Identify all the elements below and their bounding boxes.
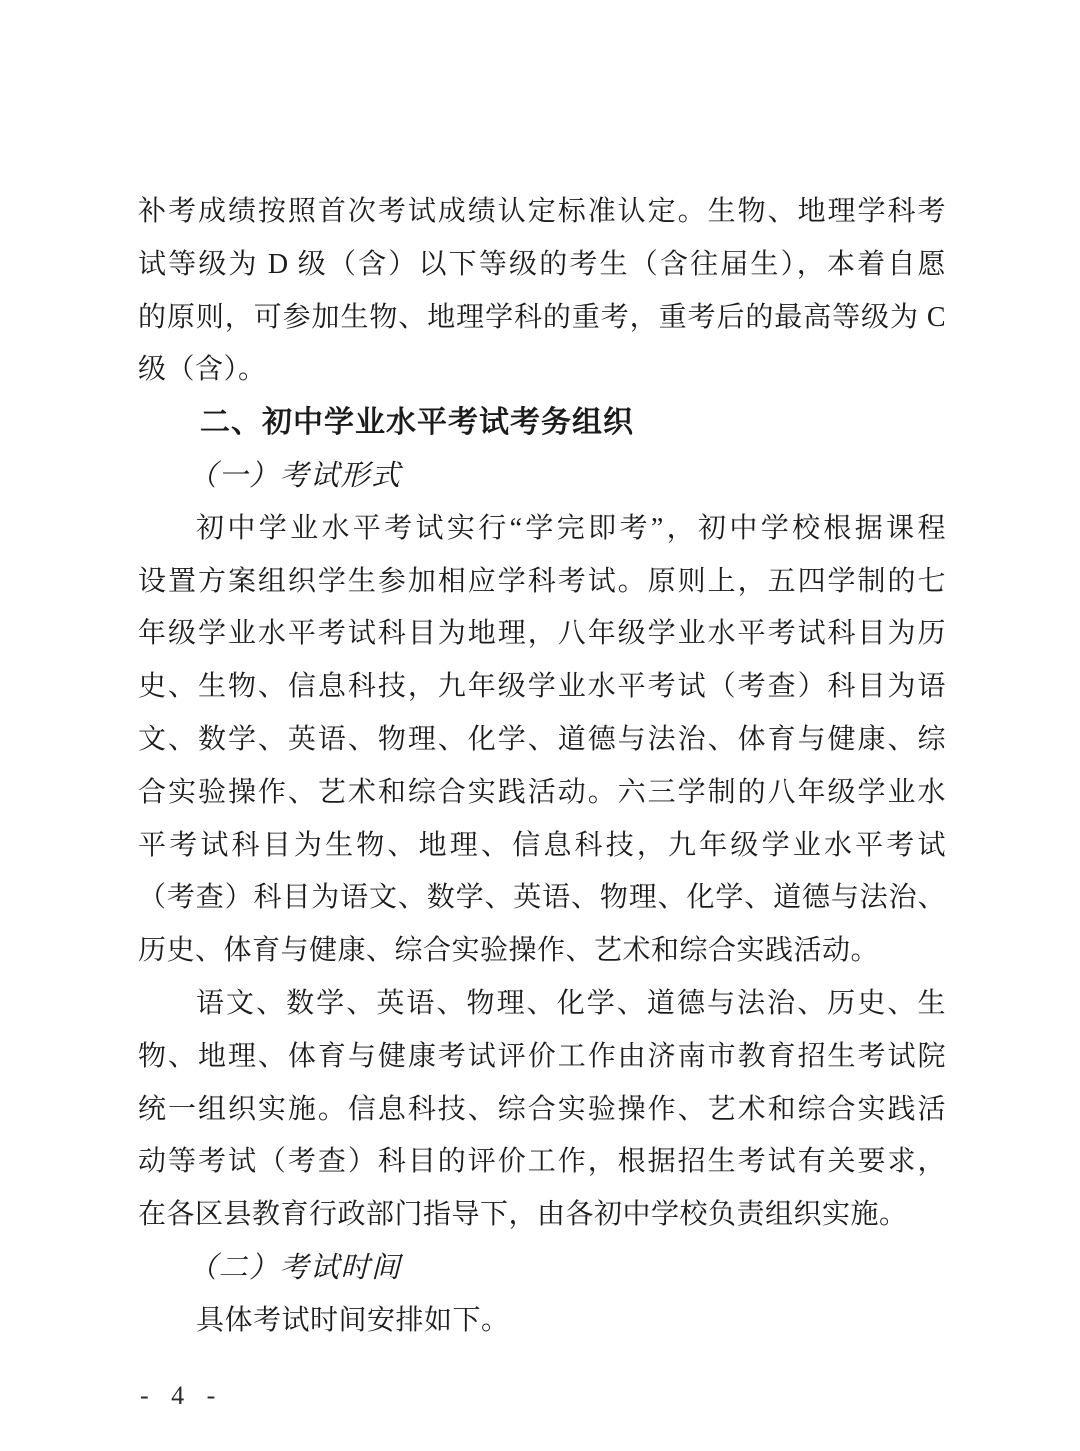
text-line: 统一组织实施。信息科技、综合实验操作、艺术和综合实践活 [138,1084,946,1137]
text-line: 级（含）。 [138,344,946,397]
text-line: 平考试科目为生物、地理、信息科技，九年级学业水平考试 [138,820,946,873]
section-heading: 二、初中学业水平考试考务组织 [138,397,946,450]
subsection-heading-exam-time: （二）考试时间 [138,1242,946,1295]
text-line: 具体考试时间安排如下。 [138,1295,946,1348]
text-line: 合实验操作、艺术和综合实践活动。六三学制的八年级学业水 [138,767,946,820]
text-line: （考查）科目为语文、数学、英语、物理、化学、道德与法治、 [138,872,946,925]
text-line: 动等考试（考查）科目的评价工作，根据招生考试有关要求， [138,1136,946,1189]
text-line: 文、数学、英语、物理、化学、道德与法治、体育与健康、综 [138,714,946,767]
text-line: 语文、数学、英语、物理、化学、道德与法治、历史、生 [138,978,946,1031]
text-line: 的原则，可参加生物、地理学科的重考，重考后的最高等级为 C [138,292,946,345]
text-line: 初中学业水平考试实行“学完即考”，初中学校根据课程 [138,503,946,556]
text-line: 年级学业水平考试科目为地理，八年级学业水平考试科目为历 [138,608,946,661]
text-line: 设置方案组织学生参加相应学科考试。原则上，五四学制的七 [138,556,946,609]
text-line: 物、地理、体育与健康考试评价工作由济南市教育招生考试院 [138,1031,946,1084]
text-line: 历史、体育与健康、综合实验操作、艺术和综合实践活动。 [138,925,946,978]
page-number: - 4 - [140,1381,223,1411]
text-line: 补考成绩按照首次考试成绩认定标准认定。生物、地理学科考 [138,186,946,239]
text-line: 史、生物、信息科技，九年级学业水平考试（考查）科目为语 [138,661,946,714]
document-body: 补考成绩按照首次考试成绩认定标准认定。生物、地理学科考 试等级为 D 级（含）以… [138,186,946,1348]
text-line: 在各区县教育行政部门指导下，由各初中学校负责组织实施。 [138,1189,946,1242]
text-line: 试等级为 D 级（含）以下等级的考生（含往届生），本着自愿 [138,239,946,292]
document-page: 补考成绩按照首次考试成绩认定标准认定。生物、地理学科考 试等级为 D 级（含）以… [0,0,1080,1451]
subsection-heading-exam-format: （一）考试形式 [138,450,946,503]
